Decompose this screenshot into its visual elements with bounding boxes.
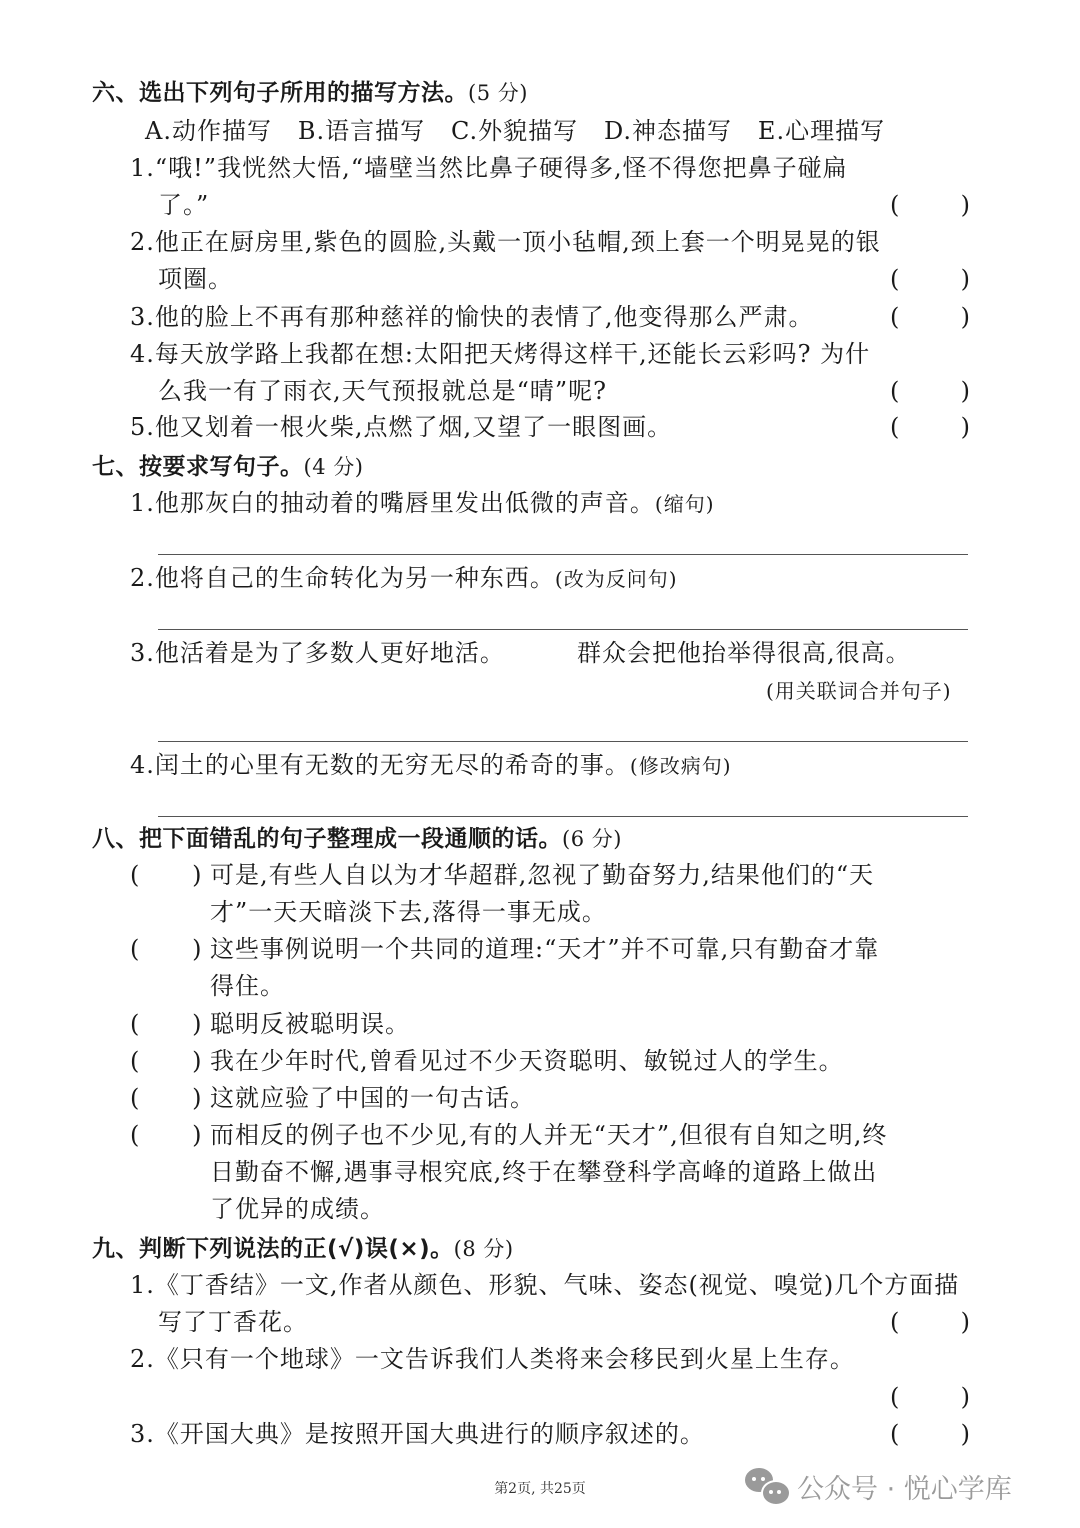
watermark-text: 公众号 · 悦心学库 xyxy=(797,1467,1012,1506)
section6-item1-line1: 1.“哦!”我恍然大悟,“墙壁当然比鼻子硬得多,怪不得您把鼻子碰扁 xyxy=(130,153,848,183)
section6-title: 六、选出下列句子所用的描写方法。 xyxy=(92,80,468,106)
section7-item3-a: 3.他活着是为了多数人更好地活。 xyxy=(130,638,505,668)
section6-item1-line2: 了。” xyxy=(158,190,209,220)
answer-blank-6-1[interactable]: () xyxy=(890,190,970,220)
section9-heading: 九、判断下列说法的正(√)误(×)。(8 分) xyxy=(92,1234,514,1264)
answer-blank-6-2[interactable]: () xyxy=(890,264,970,294)
order-blank-3[interactable]: ( ) xyxy=(130,1009,203,1039)
section6-item5: 5.他又划着一根火柴,点燃了烟,又望了一眼图画。 xyxy=(130,412,672,442)
section8-item6-line3: 了优异的成绩。 xyxy=(210,1194,385,1224)
answer-blank-6-5[interactable]: () xyxy=(890,412,970,442)
section7-title: 七、按要求写句子。 xyxy=(92,454,304,480)
section6-heading: 六、选出下列句子所用的描写方法。(5 分) xyxy=(92,78,528,108)
section9-item2: 2.《只有一个地球》一文告诉我们人类将来会移民到火星上生存。 xyxy=(130,1344,855,1374)
section7-item2: 2.他将自己的生命转化为另一种东西。(改为反问句) xyxy=(130,563,678,594)
order-blank-6[interactable]: ( ) xyxy=(130,1120,203,1150)
section7-item3-b: 群众会把他抬举得很高,很高。 xyxy=(577,638,911,668)
section8-item1-line1: 可是,有些人自以为才华超群,忽视了勤奋努力,结果他们的“天 xyxy=(210,860,874,890)
answer-blank-6-3[interactable]: () xyxy=(890,302,970,332)
section6-options: A.动作描写 B.语言描写 C.外貌描写 D.神态描写 E.心理描写 xyxy=(145,116,885,146)
section8-item6-line1: 而相反的例子也不少见,有的人并无“天才”,但很有自知之明,终 xyxy=(210,1120,887,1150)
section6-score: (5 分) xyxy=(468,81,528,105)
section9-item3: 3.《开国大典》是按照开国大典进行的顺序叙述的。 xyxy=(130,1419,705,1449)
section8-item2-line1: 这些事例说明一个共同的道理:“天才”并不可靠,只有勤奋才靠 xyxy=(210,934,879,964)
section7-item1: 1.他那灰白的抽动着的嘴唇里发出低微的声音。(缩句) xyxy=(130,488,715,519)
answer-blank-6-4[interactable]: () xyxy=(890,376,970,406)
section6-item4-line2: 么我一有了雨衣,天气预报就总是“晴”呢? xyxy=(158,376,607,406)
answer-blank-9-2[interactable]: () xyxy=(890,1382,970,1412)
section7-score: (4 分) xyxy=(304,455,364,479)
section7-item4: 4.闰土的心里有无数的无穷无尽的希奇的事。(修改病句) xyxy=(130,750,732,781)
wechat-icon xyxy=(745,1468,789,1506)
section8-item6-line2: 日勤奋不懈,遇事寻根究底,终于在攀登科学高峰的道路上做出 xyxy=(210,1157,877,1187)
answer-line-7-1[interactable] xyxy=(158,554,968,555)
section8-item1-line2: 才”一天天暗淡下去,落得一事无成。 xyxy=(210,897,607,927)
answer-blank-9-1[interactable]: () xyxy=(890,1307,970,1337)
section9-item1-line2: 写了丁香花。 xyxy=(158,1307,308,1337)
section6-item2-line1: 2.他正在厨房里,紫色的圆脸,头戴一顶小毡帽,颈上套一个明晃晃的银 xyxy=(130,227,881,257)
answer-line-7-4[interactable] xyxy=(158,816,968,817)
answer-blank-9-3[interactable]: () xyxy=(890,1419,970,1449)
answer-line-7-3[interactable] xyxy=(158,741,968,742)
section8-item3: 聪明反被聪明误。 xyxy=(210,1009,410,1039)
section6-item2-line2: 项圈。 xyxy=(158,264,233,294)
exam-page: 六、选出下列句子所用的描写方法。(5 分) A.动作描写 B.语言描写 C.外貌… xyxy=(0,0,1080,1528)
order-blank-4[interactable]: ( ) xyxy=(130,1046,203,1076)
section6-item3: 3.他的脸上不再有那种慈祥的愉快的表情了,他变得那么严肃。 xyxy=(130,302,814,332)
order-blank-5[interactable]: ( ) xyxy=(130,1083,203,1113)
section8-item2-line2: 得住。 xyxy=(210,971,285,1001)
section8-item4: 我在少年时代,曾看见过不少天资聪明、敏锐过人的学生。 xyxy=(210,1046,844,1076)
section9-title: 九、判断下列说法的正(√)误(×)。 xyxy=(92,1236,454,1262)
order-blank-2[interactable]: ( ) xyxy=(130,934,203,964)
watermark: 公众号 · 悦心学库 xyxy=(745,1467,1012,1506)
section6-item4-line1: 4.每天放学路上我都在想:太阳把天烤得这样干,还能长云彩吗? 为什 xyxy=(130,339,870,369)
section9-score: (8 分) xyxy=(454,1237,514,1261)
section8-heading: 八、把下面错乱的句子整理成一段通顺的话。(6 分) xyxy=(92,824,622,854)
section7-heading: 七、按要求写句子。(4 分) xyxy=(92,452,363,482)
section8-title: 八、把下面错乱的句子整理成一段通顺的话。 xyxy=(92,826,562,852)
section7-item3-hint: (用关联词合并句子) xyxy=(766,676,952,706)
section9-item1-line1: 1.《丁香结》一文,作者从颜色、形貌、气味、姿态(视觉、嗅觉)几个方面描 xyxy=(130,1270,959,1300)
order-blank-1[interactable]: ( ) xyxy=(130,860,203,890)
section8-score: (6 分) xyxy=(562,827,622,851)
answer-line-7-2[interactable] xyxy=(158,629,968,630)
section8-item5: 这就应验了中国的一句古话。 xyxy=(210,1083,535,1113)
